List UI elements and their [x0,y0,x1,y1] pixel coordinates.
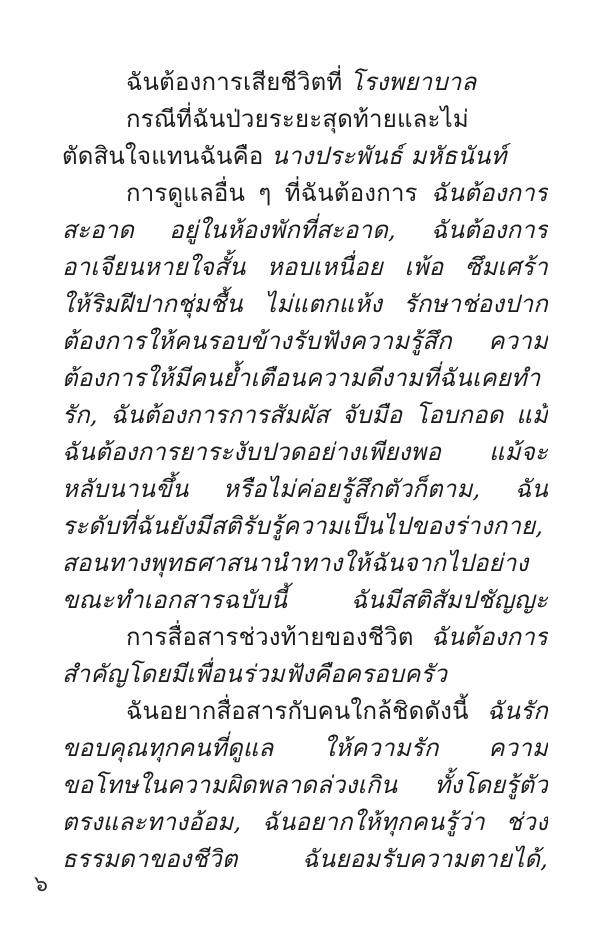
text-line: ตรงและทางอ้อม, ฉันอยากให้ทุกคนรู้ว่า ช่ว… [62,804,548,841]
text-line: ต้องการให้คนรอบข้างรับฟังความรู้สึก ความ… [62,323,548,360]
form-label-text: การสื่อสารช่วงท้ายของชีวิต [126,623,431,651]
text-line: ขณะทำเอกสารฉบับนี้ ฉันมีสติสัมปชัญญะสมบู… [62,582,548,619]
filled-in-answer-text: ให้ริมฝีปากชุ่มชื้น ไม่แตกแห้ง รักษาช่อง… [62,290,548,323]
filled-in-answer-text: ขอโทษในความผิดพลาดล่วงเกิน ทั้งโดยรู้ตัว… [62,771,548,804]
text-line: รัก, ฉันต้องการการสัมผัส จับมือ โอบกอด แ… [62,397,548,434]
filled-in-answer-text: สำคัญโดยมีเพื่อนร่วมฟังคือครอบครัว [62,660,447,688]
filled-in-answer-text: สะอาด อยู่ในห้องพักที่สะอาด, ฉันต้องการบ… [62,216,548,249]
text-line: ต้องการให้มีคนย้ำเตือนความดีงามที่ฉันเคย… [62,360,548,397]
form-label-text: ฉันต้องการเสียชีวิตที่ [126,68,350,96]
filled-in-answer-text: ตรงและทางอ้อม, ฉันอยากให้ทุกคนรู้ว่า ช่ว… [62,808,548,841]
text-line: ให้ริมฝีปากชุ่มชื้น ไม่แตกแห้ง รักษาช่อง… [62,286,548,323]
filled-in-answer-text: ขณะทำเอกสารฉบับนี้ ฉันมีสติสัมปชัญญะสมบู… [62,586,548,619]
filled-in-answer-text: โรงพยาบาล [350,68,476,96]
text-line: สอนทางพุทธศาสนานำทางให้ฉันจากไปอย่างสงบ … [62,545,548,582]
page-number: ๖ [34,866,48,901]
text-line: ขอโทษในความผิดพลาดล่วงเกิน ทั้งโดยรู้ตัว… [62,767,548,804]
form-label-text: ฉันอยากสื่อสารกับคนใกล้ชิดดังนี้ [126,697,487,725]
filled-in-answer-text: รัก, ฉันต้องการการสัมผัส จับมือ โอบกอด แ… [62,401,548,434]
text-line: สำคัญโดยมีเพื่อนร่วมฟังคือครอบครัว [62,656,548,693]
text-line: ฉันต้องการเสียชีวิตที่ โรงพยาบาล [62,64,548,101]
filled-in-answer-text: นางประพันธ์ มหัธนันท์ [271,142,506,170]
filled-in-answer-text: ต้องการให้มีคนย้ำเตือนความดีงามที่ฉันเคย… [62,364,540,397]
text-line: การสื่อสารช่วงท้ายของชีวิต ฉันต้องการรู้… [62,619,548,656]
text-line: การดูแลอื่น ๆ ที่ฉันต้องการ ฉันต้องการให… [62,175,548,212]
form-label-text: การดูแลอื่น ๆ ที่ฉันต้องการ [126,179,431,207]
filled-in-answer-text: หลับนานขึ้น หรือไม่ค่อยรู้สึกตัวก็ตาม, ฉ… [62,475,548,508]
filled-in-answer-text: ขอบคุณทุกคนที่ดูแล ให้ความรัก ความปรารถน… [62,734,548,767]
form-label-text: ตัดสินใจแทนฉันคือ [62,142,271,170]
text-line: ฉันต้องการยาระงับปวดอย่างเพียงพอ แม้จะทำ… [62,434,548,471]
text-line: กรณีที่ฉันป่วยระยะสุดท้ายและไม่สามารถสื่… [62,101,548,138]
filled-in-answer-text: ต้องการให้คนรอบข้างรับฟังความรู้สึก ความ… [62,327,548,360]
text-line: ขอบคุณทุกคนที่ดูแล ให้ความรัก ความปรารถน… [62,730,548,767]
filled-in-answer-text: อาเจียนหายใจสั้น หอบเหนื่อย เพ้อ ซึมเศร้… [62,253,548,286]
text-line: ตัดสินใจแทนฉันคือ นางประพันธ์ มหัธนันท์ [62,138,548,175]
filled-in-answer-text: ฉันต้องการยาระงับปวดอย่างเพียงพอ แม้จะทำ… [62,438,548,471]
scanned-page: ฉันต้องการเสียชีวิตที่ โรงพยาบาลกรณีที่ฉ… [0,0,600,925]
text-line: ระดับที่ฉันยังมีสติรับรู้ความเป็นไปของร่… [62,508,548,545]
filled-in-answer-text: สอนทางพุทธศาสนานำทางให้ฉันจากไปอย่างสงบ … [62,549,548,582]
text-line: อาเจียนหายใจสั้น หอบเหนื่อย เพ้อ ซึมเศร้… [62,249,548,286]
text-line: ฉันอยากสื่อสารกับคนใกล้ชิดดังนี้ ฉันรักพ… [62,693,548,730]
text-line: หลับนานขึ้น หรือไม่ค่อยรู้สึกตัวก็ตาม, ฉ… [62,471,548,508]
filled-in-answer-text: ธรรมดาของชีวิต ฉันยอมรับความตายได้, ขณะท… [62,845,548,878]
filled-in-answer-text: ระดับที่ฉันยังมีสติรับรู้ความเป็นไปของร่… [62,512,543,545]
text-line: สะอาด อยู่ในห้องพักที่สะอาด, ฉันต้องการบ… [62,212,548,249]
form-label-text: กรณีที่ฉันป่วยระยะสุดท้ายและไม่สามารถสื่… [62,105,548,138]
text-line: ธรรมดาของชีวิต ฉันยอมรับความตายได้, ขณะท… [62,841,548,878]
text-block: ฉันต้องการเสียชีวิตที่ โรงพยาบาลกรณีที่ฉ… [62,64,548,878]
